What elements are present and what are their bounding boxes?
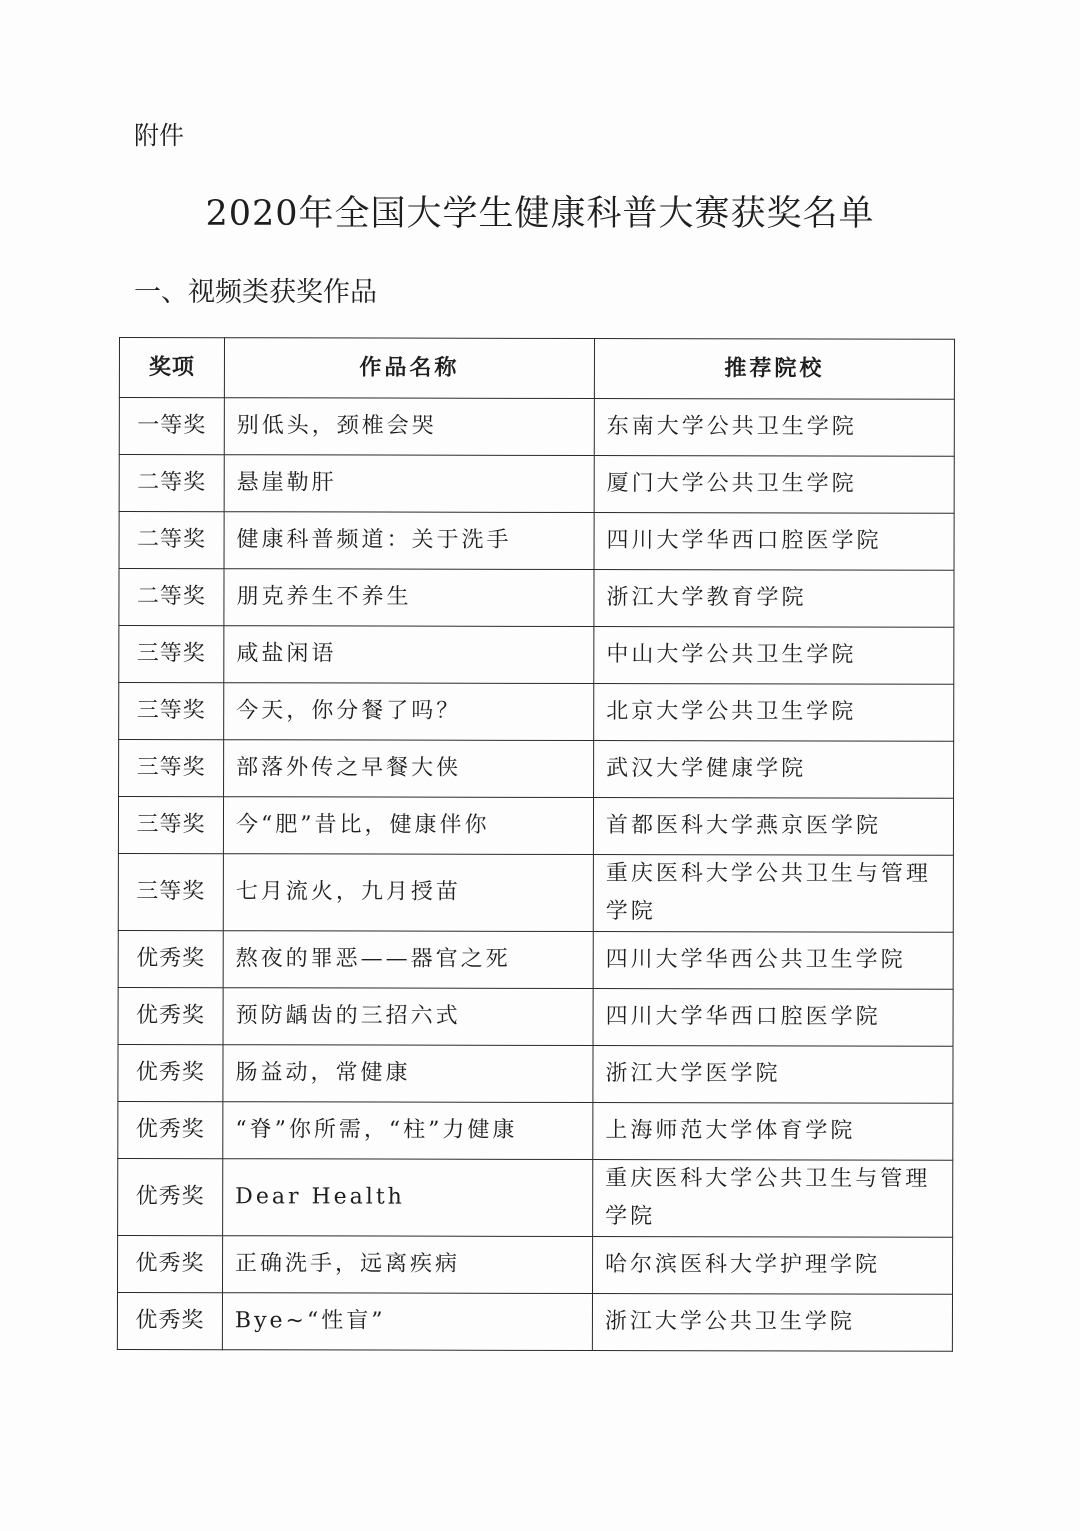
school-cell: 哈尔滨医科大学护理学院 [592,1236,952,1294]
table-row: 优秀奖正确洗手，远离疾病哈尔滨医科大学护理学院 [117,1235,952,1294]
award-cell: 优秀奖 [117,1292,222,1349]
school-cell: 首都医科大学燕京医学院 [593,797,953,855]
table-row: 优秀奖Bye~“性盲”浙江大学公共卫生学院 [117,1292,952,1351]
school-cell: 厦门大学公共卫生学院 [594,455,954,513]
document-title: 2020年全国大学生健康科普大赛获奖名单 [0,186,1080,236]
table-row: 二等奖朋克养生不养生浙江大学教育学院 [119,569,954,628]
work-cell: 别低头，颈椎会哭 [224,398,594,456]
work-cell: 朋克养生不养生 [224,569,594,627]
table-header-row: 奖项 作品名称 推荐院校 [119,338,954,400]
work-cell: 熬夜的罪恶——器官之死 [223,931,593,989]
table-row: 优秀奖预防龋齿的三招六式四川大学华西口腔医学院 [118,987,953,1046]
school-cell: 武汉大学健康学院 [594,740,954,798]
award-cell: 三等奖 [119,740,224,797]
award-cell: 二等奖 [119,455,224,512]
table-row: 优秀奖“脊”你所需，“柱”力健康上海师范大学体育学院 [118,1101,953,1160]
table-row: 优秀奖肠益动，常健康浙江大学医学院 [118,1044,953,1103]
work-cell: Bye~“性盲” [222,1293,592,1351]
work-cell: 健康科普频道：关于洗手 [224,512,594,570]
work-cell: 咸盐闲语 [224,626,594,684]
award-cell: 优秀奖 [118,1158,223,1235]
work-cell: 部落外传之早餐大侠 [224,740,594,798]
table-row: 三等奖今“肥”昔比，健康伴你首都医科大学燕京医学院 [118,797,953,856]
school-cell: 四川大学华西公共卫生学院 [593,931,953,989]
school-cell: 中山大学公共卫生学院 [594,626,954,684]
school-cell: 四川大学华西口腔医学院 [593,988,953,1046]
work-cell: “脊”你所需，“柱”力健康 [223,1102,593,1160]
table-row: 三等奖七月流火，九月授苗重庆医科大学公共卫生与管理学院 [118,853,953,932]
school-cell: 上海师范大学体育学院 [593,1102,953,1160]
award-cell: 三等奖 [118,797,223,854]
award-cell: 三等奖 [119,626,224,683]
work-cell: 预防龋齿的三招六式 [223,988,593,1046]
award-cell: 优秀奖 [118,1044,223,1101]
award-cell: 三等奖 [119,683,224,740]
award-cell: 一等奖 [119,398,224,455]
award-cell: 优秀奖 [117,1235,222,1292]
school-cell: 浙江大学教育学院 [594,569,954,627]
work-cell: 今天，你分餐了吗？ [224,683,594,741]
attachment-label: 附件 [134,116,184,152]
table-row: 优秀奖熬夜的罪恶——器官之死四川大学华西公共卫生学院 [118,930,953,989]
work-cell: 正确洗手，远离疾病 [222,1236,592,1294]
work-cell: 肠益动，常健康 [223,1045,593,1103]
table-row: 三等奖部落外传之早餐大侠武汉大学健康学院 [119,740,954,799]
work-cell: 七月流火，九月授苗 [223,854,593,932]
work-cell: Dear Health [223,1159,593,1237]
award-cell: 优秀奖 [118,1101,223,1158]
award-cell: 三等奖 [118,853,223,930]
award-cell: 优秀奖 [118,987,223,1044]
table-row: 三等奖咸盐闲语中山大学公共卫生学院 [119,626,954,685]
table-row: 二等奖悬崖勒肝厦门大学公共卫生学院 [119,455,954,514]
school-cell: 重庆医科大学公共卫生与管理学院 [593,1159,953,1237]
award-cell: 优秀奖 [118,930,223,987]
school-cell: 东南大学公共卫生学院 [594,398,954,456]
header-award: 奖项 [119,338,224,398]
awards-table: 奖项 作品名称 推荐院校 一等奖别低头，颈椎会哭东南大学公共卫生学院 二等奖悬崖… [117,337,955,1352]
school-cell: 四川大学华西口腔医学院 [594,512,954,570]
school-cell: 浙江大学公共卫生学院 [592,1293,952,1351]
award-cell: 二等奖 [119,569,224,626]
header-school: 推荐院校 [594,338,954,399]
section-heading: 一、视频类获奖作品 [134,270,377,309]
header-work: 作品名称 [224,338,594,399]
table-row: 优秀奖Dear Health重庆医科大学公共卫生与管理学院 [118,1158,953,1237]
award-cell: 二等奖 [119,512,224,569]
table-row: 二等奖健康科普频道：关于洗手四川大学华西口腔医学院 [119,512,954,571]
table-row: 三等奖今天，你分餐了吗？北京大学公共卫生学院 [119,683,954,742]
table-row: 一等奖别低头，颈椎会哭东南大学公共卫生学院 [119,398,954,457]
school-cell: 重庆医科大学公共卫生与管理学院 [593,854,953,932]
work-cell: 悬崖勒肝 [224,455,594,513]
school-cell: 北京大学公共卫生学院 [594,683,954,741]
school-cell: 浙江大学医学院 [593,1045,953,1103]
work-cell: 今“肥”昔比，健康伴你 [223,797,593,855]
